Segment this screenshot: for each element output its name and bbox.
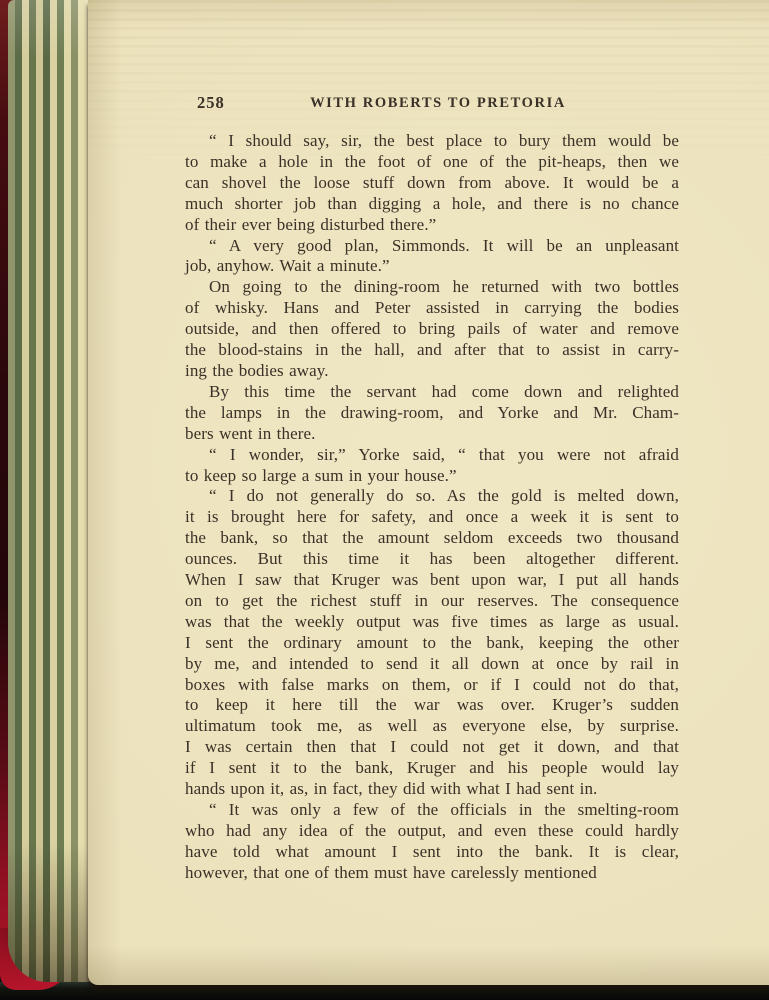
text-line: if I sent it to the bank, Kruger and his… [185, 758, 679, 779]
text-line: On going to the dining-room he returned … [185, 277, 679, 298]
paragraph: By this time the servant had come down a… [185, 382, 679, 445]
text-line: “ I do not generally do so. As the gold … [185, 486, 679, 507]
text-line: can shovel the loose stuff down from abo… [185, 173, 679, 194]
text-line: of whisky. Hans and Peter assisted in ca… [185, 298, 679, 319]
page-header: 258 WITH ROBERTS TO PRETORIA [185, 93, 679, 113]
text-line: bers went in there. [185, 424, 679, 445]
book-page: 258 WITH ROBERTS TO PRETORIA “ I should … [88, 0, 769, 985]
text-line: to keep so large a sum in your house.” [185, 466, 679, 487]
text-line: I sent the ordinary amount to the bank, … [185, 633, 679, 654]
paragraph: “ It was only a few of the officials in … [185, 800, 679, 884]
text-line: ounces. But this time it has been altoge… [185, 549, 679, 570]
paragraph: On going to the dining-room he returned … [185, 277, 679, 382]
text-line: of their ever being disturbed there.” [185, 215, 679, 236]
page-text: “ I should say, sir, the best place to b… [185, 131, 679, 884]
paragraph: “ A very good plan, Simmonds. It will be… [185, 236, 679, 278]
text-line: When I saw that Kruger was bent upon war… [185, 570, 679, 591]
text-line: much shorter job than digging a hole, an… [185, 194, 679, 215]
text-line: boxes with false marks on them, or if I … [185, 675, 679, 696]
text-line: have told what amount I sent into the ba… [185, 842, 679, 863]
text-line: to keep it here till the war was over. K… [185, 695, 679, 716]
text-line: it is brought here for safety, and once … [185, 507, 679, 528]
text-line: “ A very good plan, Simmonds. It will be… [185, 236, 679, 257]
paragraph: “ I wonder, sir,” Yorke said, “ that you… [185, 445, 679, 487]
paragraph: “ I should say, sir, the best place to b… [185, 131, 679, 236]
text-line: the lamps in the drawing-room, and Yorke… [185, 403, 679, 424]
text-line: “ It was only a few of the officials in … [185, 800, 679, 821]
text-line: ing the bodies away. [185, 361, 679, 382]
text-line: outside, and then offered to bring pails… [185, 319, 679, 340]
text-line: “ I wonder, sir,” Yorke said, “ that you… [185, 445, 679, 466]
text-line: hands upon it, as, in fact, they did wit… [185, 779, 679, 800]
text-line: who had any idea of the output, and even… [185, 821, 679, 842]
text-block: 258 WITH ROBERTS TO PRETORIA “ I should … [185, 93, 679, 884]
page-number: 258 [197, 93, 225, 113]
text-line: job, anyhow. Wait a minute.” [185, 256, 679, 277]
page-edge-stack [8, 0, 92, 982]
text-line: “ I should say, sir, the best place to b… [185, 131, 679, 152]
text-line: By this time the servant had come down a… [185, 382, 679, 403]
paragraph: “ I do not generally do so. As the gold … [185, 486, 679, 800]
text-line: ultimatum took me, as well as everyone e… [185, 716, 679, 737]
text-line: however, that one of them must have care… [185, 863, 679, 884]
text-line: on to get the richest stuff in our reser… [185, 591, 679, 612]
text-line: to make a hole in the foot of one of the… [185, 152, 679, 173]
text-line: the bank, so that the amount seldom exce… [185, 528, 679, 549]
text-line: was that the weekly output was five time… [185, 612, 679, 633]
text-line: by me, and intended to send it all down … [185, 654, 679, 675]
book-scan: 258 WITH ROBERTS TO PRETORIA “ I should … [0, 0, 769, 1000]
text-line: the blood-stains in the hall, and after … [185, 340, 679, 361]
text-line: I was certain then that I could not get … [185, 737, 679, 758]
running-title: WITH ROBERTS TO PRETORIA [310, 95, 566, 112]
